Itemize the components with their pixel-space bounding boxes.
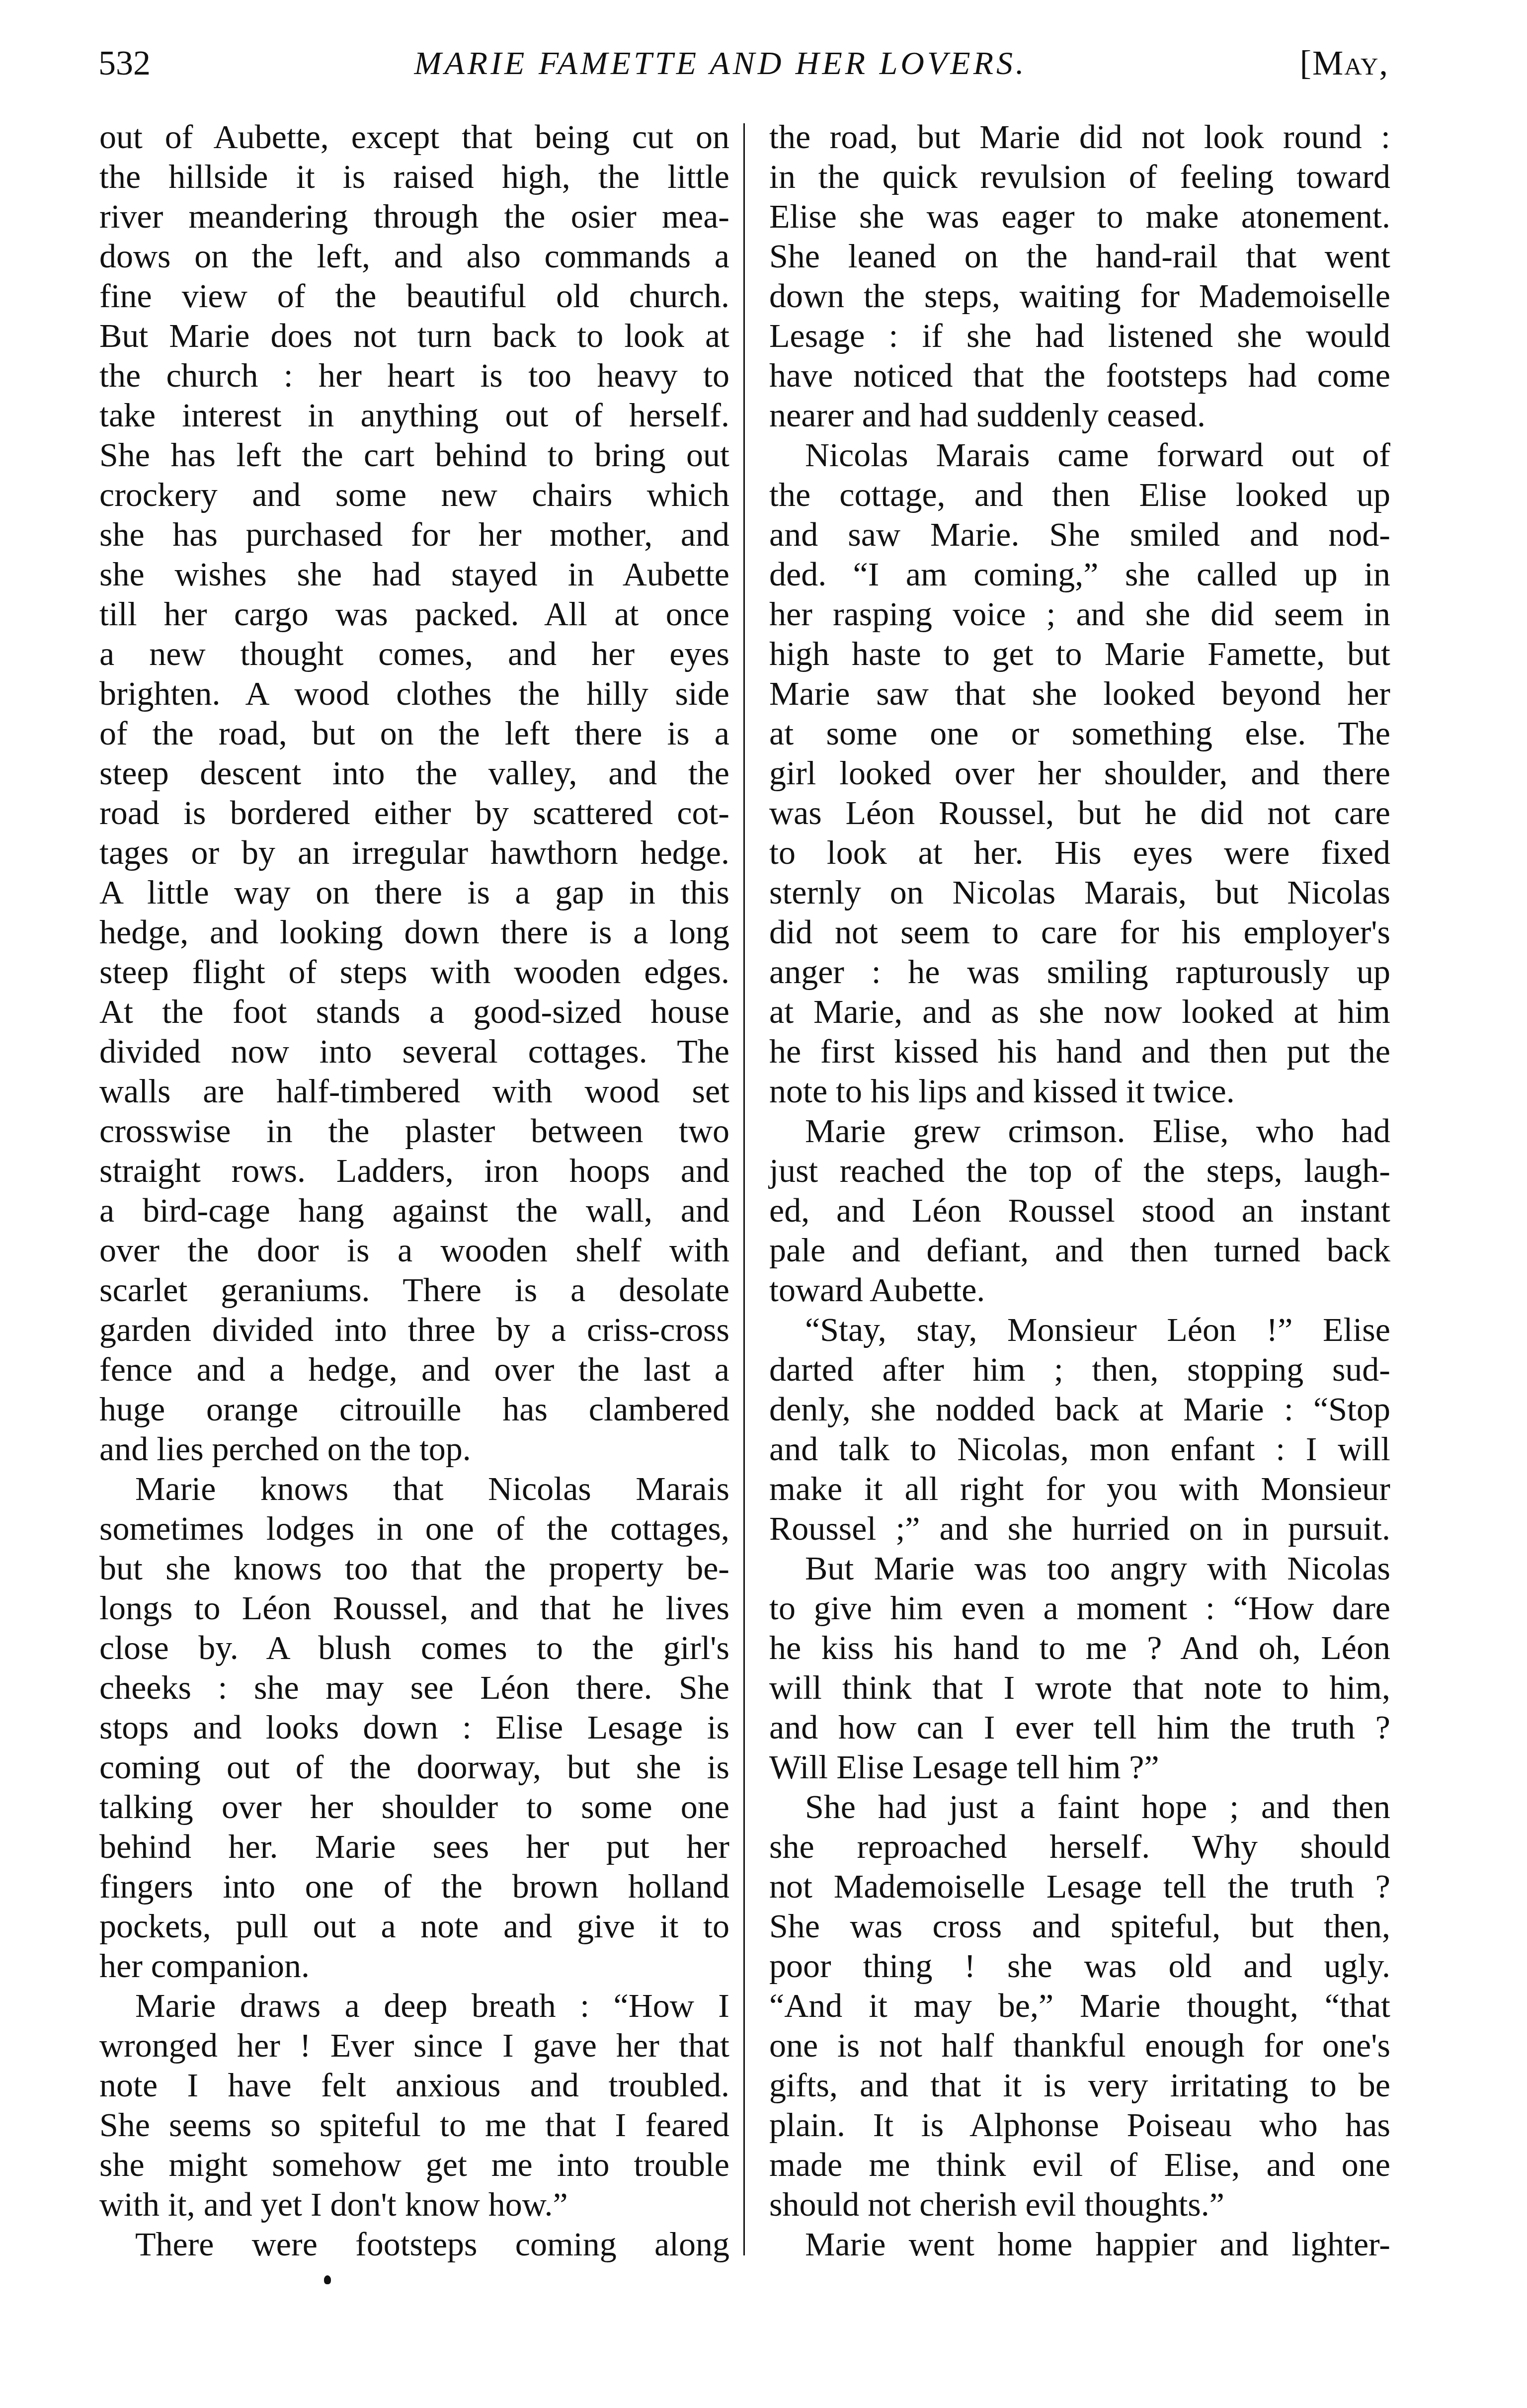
column-divider: [743, 123, 745, 2255]
text-line: the road, but Marie did not look round :: [769, 117, 1390, 157]
text-line: ded. “I am coming,” she called up in: [769, 554, 1390, 594]
text-line: denly, she nodded back at Marie : “Stop: [769, 1389, 1390, 1429]
text-line: gifts, and that it is very irritating to…: [769, 2065, 1390, 2105]
text-line: she reproached herself. Why should: [769, 1827, 1390, 1866]
text-line: fence and a hedge, and over the last a: [99, 1349, 729, 1389]
text-line: She seems so spiteful to me that I feare…: [99, 2105, 729, 2145]
text-line: Will Elise Lesage tell him ?”: [769, 1747, 1390, 1787]
text-line: cheeks : she may see Léon there. She: [99, 1667, 729, 1707]
text-line: She has left the cart behind to bring ou…: [99, 435, 729, 475]
running-header: 532 MARIE FAMETTE AND HER LOVERS. [May,: [0, 0, 1527, 99]
text-line: anger : he was smiling rapturously up: [769, 952, 1390, 992]
text-line: she wishes she had stayed in Aubette: [99, 554, 729, 594]
text-line: tages or by an irregular hawthorn hedge.: [99, 832, 729, 872]
running-title: MARIE FAMETTE AND HER LOVERS.: [298, 39, 1143, 88]
text-line: dows on the left, and also commands a: [99, 236, 729, 276]
text-line: he kiss his hand to me ? And oh, Léon: [769, 1628, 1390, 1667]
text-line: her companion.: [99, 1946, 729, 1986]
text-line: fine view of the beautiful old church.: [99, 276, 729, 316]
text-line: pockets, pull out a note and give it to: [99, 1906, 729, 1946]
text-line: over the door is a wooden shelf with: [99, 1230, 729, 1270]
text-line: hedge, and looking down there is a long: [99, 912, 729, 952]
text-line: Lesage : if she had listened she would: [769, 316, 1390, 355]
text-line: girl looked over her shoulder, and there: [769, 753, 1390, 793]
running-date: [May,: [1300, 39, 1389, 88]
text-line: fingers into one of the brown holland: [99, 1866, 729, 1906]
text-line: longs to Léon Roussel, and that he lives: [99, 1588, 729, 1628]
text-line: note I have felt anxious and troubled.: [99, 2065, 729, 2105]
text-line: garden divided into three by a criss-cro…: [99, 1310, 729, 1349]
text-line: in the quick revulsion of feeling toward: [769, 157, 1390, 196]
text-line: pale and defiant, and then turned back: [769, 1230, 1390, 1270]
text-line: but she knows too that the property be-: [99, 1548, 729, 1588]
text-line: Marie saw that she looked beyond her: [769, 673, 1390, 713]
text-line: close by. A blush comes to the girl's: [99, 1628, 729, 1667]
text-line: Elise she was eager to make atonement.: [769, 196, 1390, 236]
text-line: straight rows. Ladders, iron hoops and: [99, 1151, 729, 1190]
text-line: toward Aubette.: [769, 1270, 1390, 1310]
text-line: of the road, but on the left there is a: [99, 713, 729, 753]
text-line: made me think evil of Elise, and one: [769, 2145, 1390, 2184]
text-line: did not seem to care for his employer's: [769, 912, 1390, 952]
text-line: Marie grew crimson. Elise, who had: [769, 1111, 1390, 1151]
text-line: Roussel ;” and she hurried on in pursuit…: [769, 1508, 1390, 1548]
text-line: coming out of the doorway, but she is: [99, 1747, 729, 1787]
text-line: just reached the top of the steps, laugh…: [769, 1151, 1390, 1190]
text-line: ed, and Léon Roussel stood an instant: [769, 1190, 1390, 1230]
text-line: a new thought comes, and her eyes: [99, 634, 729, 673]
text-line: out of Aubette, except that being cut on: [99, 117, 729, 157]
text-line: road is bordered either by scattered cot…: [99, 793, 729, 832]
text-line: sometimes lodges in one of the cottages,: [99, 1508, 729, 1548]
text-line: the church : her heart is too heavy to: [99, 355, 729, 395]
text-line: Marie draws a deep breath : “How I: [99, 1986, 729, 2025]
text-line: divided now into several cottages. The: [99, 1031, 729, 1071]
text-line: wronged her ! Ever since I gave her that: [99, 2025, 729, 2065]
text-line: crosswise in the plaster between two: [99, 1111, 729, 1151]
text-line: should not cherish evil thoughts.”: [769, 2184, 1390, 2224]
text-line: “And it may be,” Marie thought, “that: [769, 1986, 1390, 2025]
page-number: 532: [98, 39, 151, 88]
text-line: take interest in anything out of herself…: [99, 395, 729, 435]
text-line: She leaned on the hand-rail that went: [769, 236, 1390, 276]
text-line: at some one or something else. The: [769, 713, 1390, 753]
text-line: There were footsteps coming along: [99, 2224, 729, 2264]
text-line: Marie went home happier and lighter-: [769, 2224, 1390, 2264]
text-line: was Léon Roussel, but he did not care: [769, 793, 1390, 832]
text-line: She was cross and spiteful, but then,: [769, 1906, 1390, 1946]
text-line: her rasping voice ; and she did seem in: [769, 594, 1390, 634]
text-line: stops and looks down : Elise Lesage is: [99, 1707, 729, 1747]
text-line: Nicolas Marais came forward out of: [769, 435, 1390, 475]
text-line: at Marie, and as she now looked at him: [769, 992, 1390, 1031]
text-line: huge orange citrouille has clambered: [99, 1389, 729, 1429]
text-line: and lies perched on the top.: [99, 1429, 729, 1469]
text-line: crockery and some new chairs which: [99, 475, 729, 514]
text-line: Marie knows that Nicolas Marais: [99, 1469, 729, 1508]
text-line: brighten. A wood clothes the hilly side: [99, 673, 729, 713]
text-line: But Marie was too angry with Nicolas: [769, 1548, 1390, 1588]
text-line: note to his lips and kissed it twice.: [769, 1071, 1390, 1111]
text-line: till her cargo was packed. All at once: [99, 594, 729, 634]
text-line: and talk to Nicolas, mon enfant : I will: [769, 1429, 1390, 1469]
text-line: a bird-cage hang against the wall, and: [99, 1190, 729, 1230]
text-line: and how can I ever tell him the truth ?: [769, 1707, 1390, 1747]
text-line: and saw Marie. She smiled and nod-: [769, 514, 1390, 554]
ink-blot-icon: [324, 2275, 331, 2284]
right-column: the road, but Marie did not look round :…: [769, 117, 1390, 2264]
text-line: down the steps, waiting for Mademoiselle: [769, 276, 1390, 316]
text-line: steep descent into the valley, and the: [99, 753, 729, 793]
text-line: She had just a faint hope ; and then: [769, 1787, 1390, 1827]
text-line: steep flight of steps with wooden edges.: [99, 952, 729, 992]
text-line: she might somehow get me into trouble: [99, 2145, 729, 2184]
text-line: have noticed that the footsteps had come: [769, 355, 1390, 395]
text-line: nearer and had suddenly ceased.: [769, 395, 1390, 435]
text-line: darted after him ; then, stopping sud-: [769, 1349, 1390, 1389]
text-line: make it all right for you with Monsieur: [769, 1469, 1390, 1508]
text-line: will think that I wrote that note to him…: [769, 1667, 1390, 1707]
text-line: not Mademoiselle Lesage tell the truth ?: [769, 1866, 1390, 1906]
text-line: high haste to get to Marie Famette, but: [769, 634, 1390, 673]
text-line: one is not half thankful enough for one'…: [769, 2025, 1390, 2065]
text-line: river meandering through the osier mea-: [99, 196, 729, 236]
text-line: walls are half-timbered with wood set: [99, 1071, 729, 1111]
text-line: talking over her shoulder to some one: [99, 1787, 729, 1827]
text-line: behind her. Marie sees her put her: [99, 1827, 729, 1866]
text-line: But Marie does not turn back to look at: [99, 316, 729, 355]
left-column: out of Aubette, except that being cut on…: [99, 117, 729, 2264]
text-line: with it, and yet I don't know how.”: [99, 2184, 729, 2224]
text-line: she has purchased for her mother, and: [99, 514, 729, 554]
text-line: plain. It is Alphonse Poiseau who has: [769, 2105, 1390, 2145]
text-line: he first kissed his hand and then put th…: [769, 1031, 1390, 1071]
text-line: the cottage, and then Elise looked up: [769, 475, 1390, 514]
text-line: “Stay, stay, Monsieur Léon !” Elise: [769, 1310, 1390, 1349]
text-line: poor thing ! she was old and ugly.: [769, 1946, 1390, 1986]
text-line: sternly on Nicolas Marais, but Nicolas: [769, 872, 1390, 912]
text-line: to give him even a moment : “How dare: [769, 1588, 1390, 1628]
text-line: At the foot stands a good-sized house: [99, 992, 729, 1031]
text-line: to look at her. His eyes were fixed: [769, 832, 1390, 872]
text-line: scarlet geraniums. There is a desolate: [99, 1270, 729, 1310]
text-line: the hillside it is raised high, the litt…: [99, 157, 729, 196]
text-line: A little way on there is a gap in this: [99, 872, 729, 912]
